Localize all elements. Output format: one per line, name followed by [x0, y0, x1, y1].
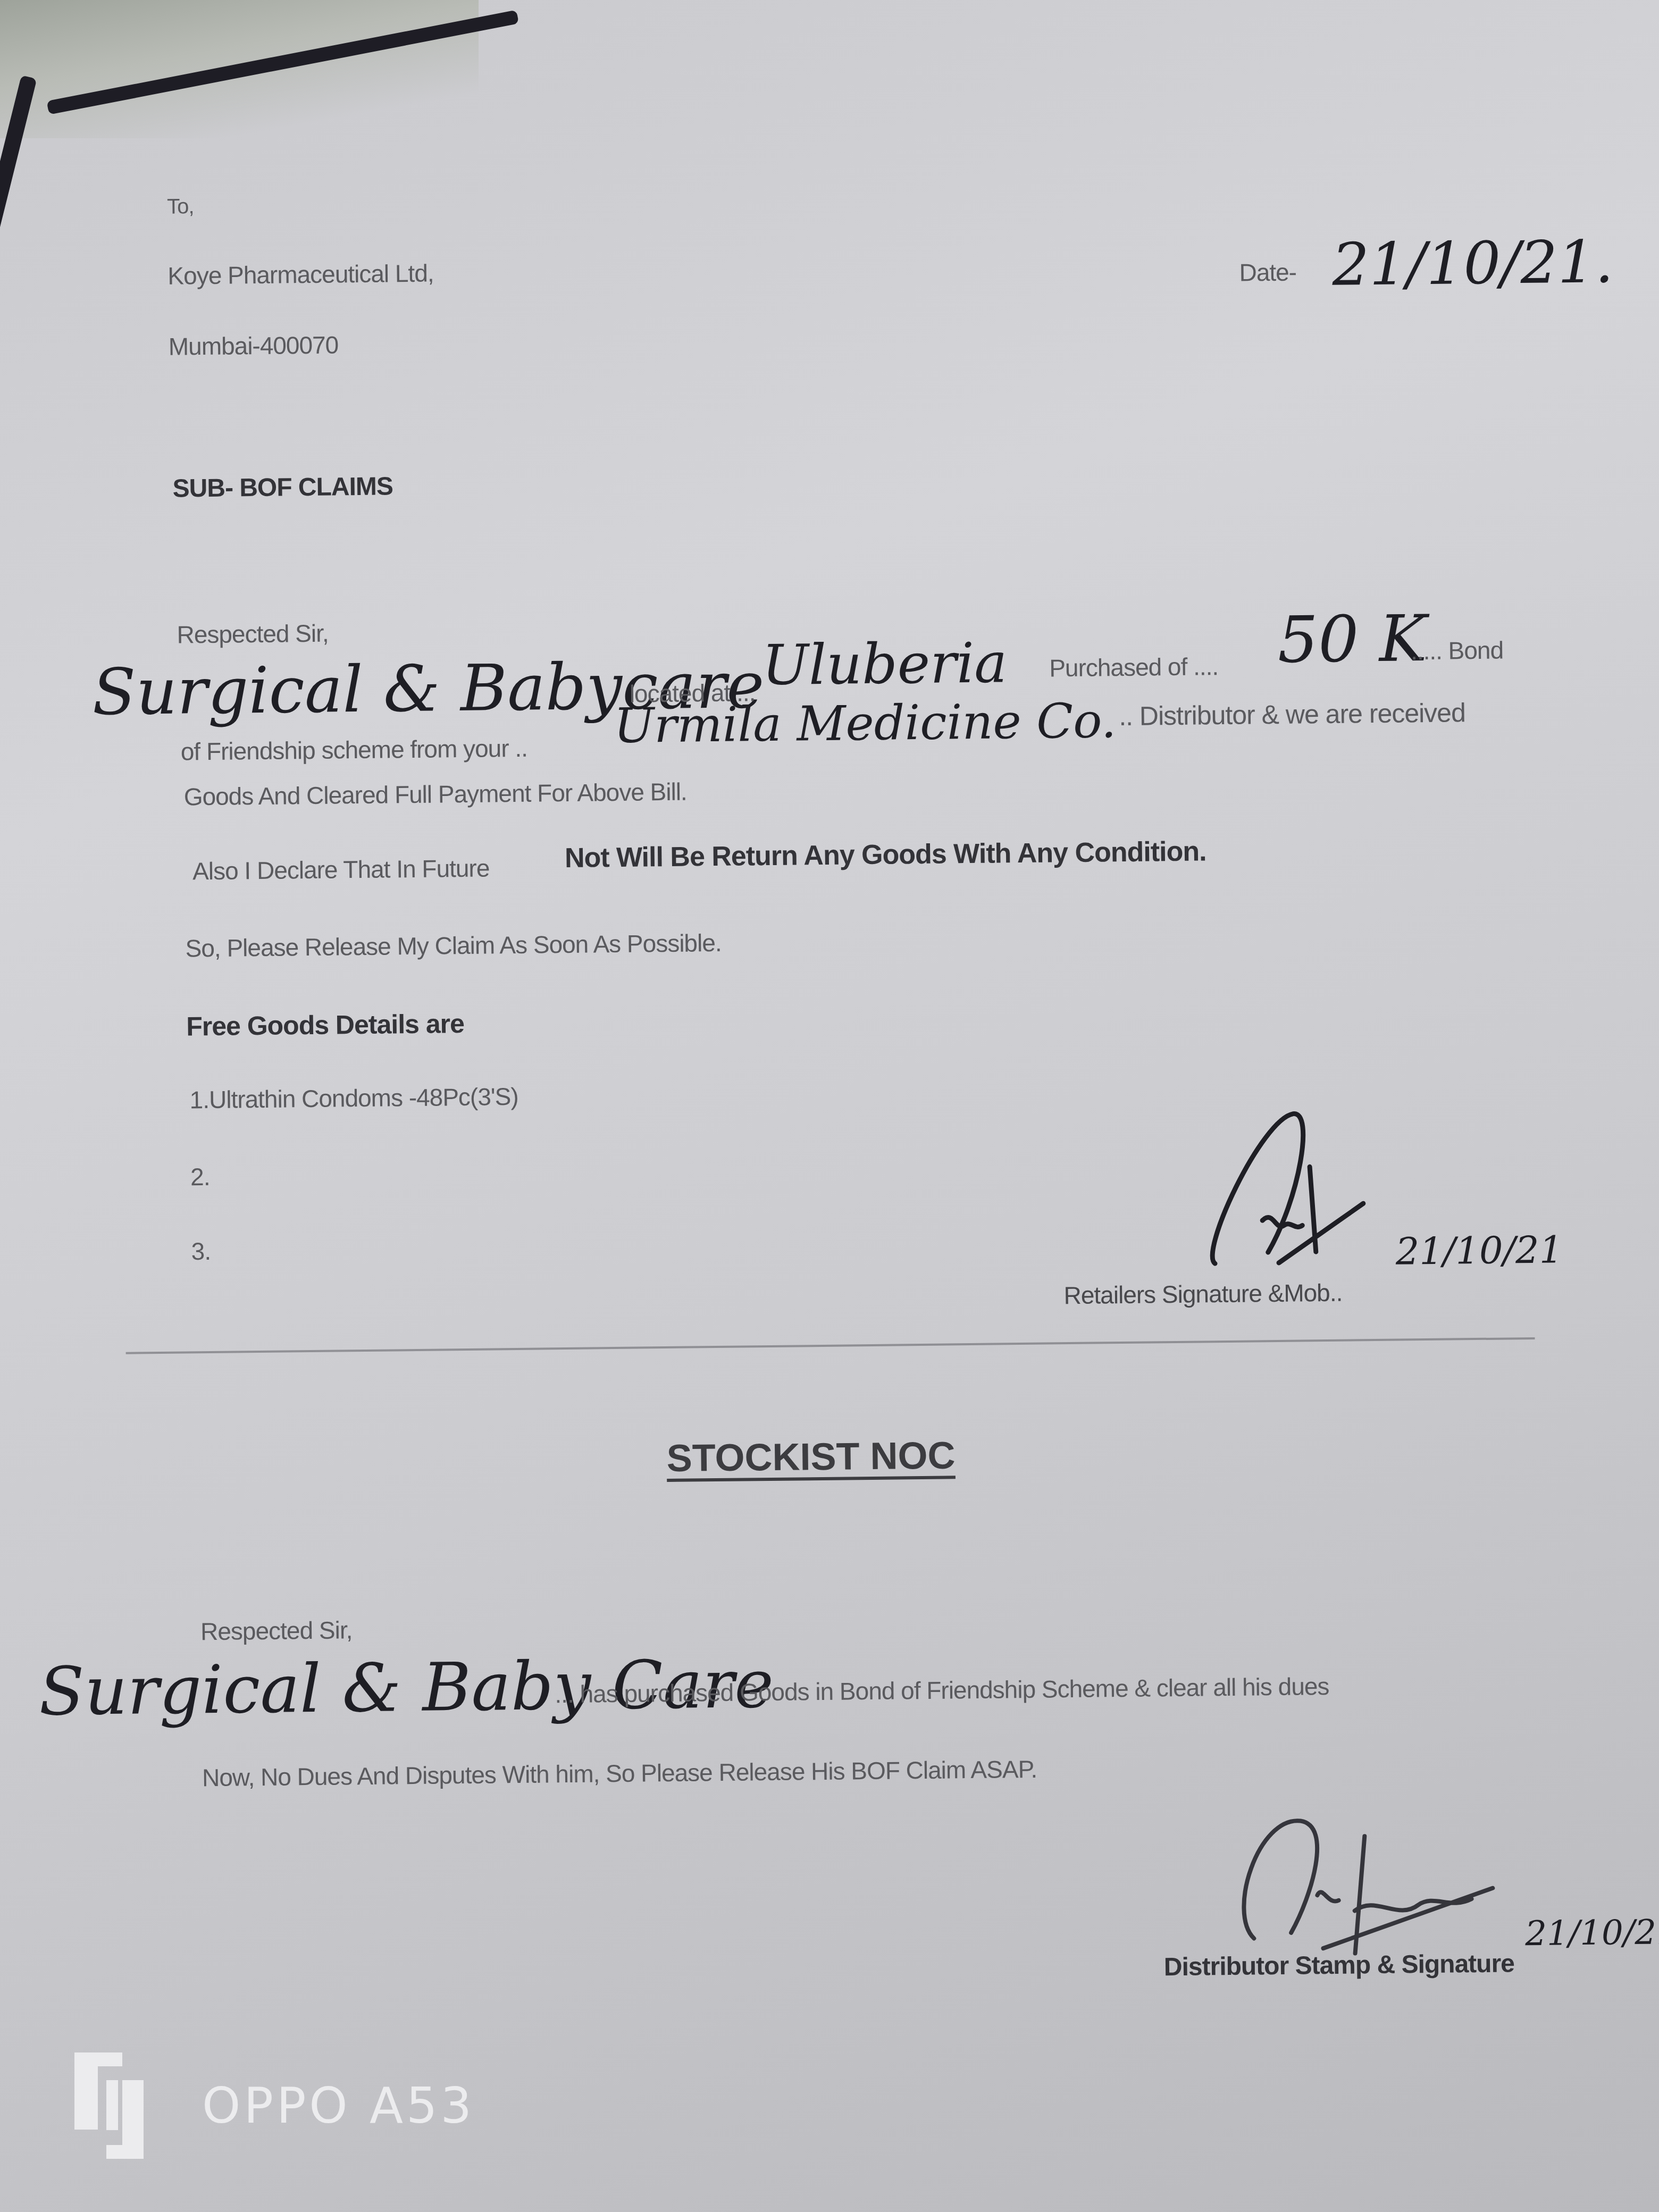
- retailer-signature-label: Retailers Signature &Mob..: [1063, 1278, 1342, 1310]
- retailer-signature: [1182, 1091, 1407, 1285]
- camera-model-text: OPPO A53: [202, 2077, 475, 2134]
- distributor-handwritten: Urmila Medicine Co.: [614, 693, 1117, 754]
- free-goods-item: 2.: [190, 1162, 210, 1191]
- friendship-label: of Friendship scheme from your ..: [181, 734, 528, 766]
- salutation: Respected Sir,: [177, 619, 329, 649]
- bof-claim-document: To, Koye Pharmaceutical Ltd, Mumbai-4000…: [0, 0, 1659, 1967]
- noc-title: STOCKIST NOC: [666, 1434, 956, 1480]
- bond-label: ..... Bond: [1411, 635, 1504, 665]
- date-handwritten: 21/10/21.: [1332, 228, 1614, 299]
- addressee-name: Koye Pharmaceutical Ltd,: [167, 258, 434, 290]
- purchased-of-label: Purchased of ....: [1049, 652, 1219, 682]
- to-label: To,: [167, 195, 194, 219]
- camera-watermark: OPPO A53: [74, 2052, 475, 2159]
- location-handwritten: Uluberia: [762, 630, 1008, 698]
- distributor-signature-date: 21/10/21: [1525, 1913, 1659, 1954]
- addressee-city: Mumbai-400070: [169, 330, 339, 361]
- oppo-logo-icon: [74, 2052, 144, 2159]
- free-goods-item: 3.: [191, 1237, 211, 1266]
- declare-prefix: Also I Declare That In Future: [192, 853, 490, 885]
- noc-no-dues-statement: Now, No Dues And Disputes With him, So P…: [202, 1755, 1037, 1792]
- goods-cleared-text: Goods And Cleared Full Payment For Above…: [183, 777, 687, 811]
- date-label: Date-: [1239, 257, 1296, 287]
- declare-bold: Not Will Be Return Any Goods With Any Co…: [565, 835, 1206, 874]
- free-goods-heading: Free Goods Details are: [186, 1008, 464, 1042]
- distributor-signature-label: Distributor Stamp & Signature: [1164, 1949, 1515, 1982]
- release-request: So, Please Release My Claim As Soon As P…: [185, 928, 721, 963]
- free-goods-item: 1.Ultrathin Condoms -48Pc(3'S): [189, 1082, 518, 1114]
- subject-line: SUB- BOF CLAIMS: [172, 472, 393, 503]
- section-divider: [126, 1337, 1535, 1354]
- distributor-signature: [1194, 1803, 1536, 1966]
- retailer-signature-date: 21/10/21: [1395, 1228, 1563, 1273]
- noc-salutation: Respected Sir,: [200, 1615, 353, 1646]
- distributor-suffix: .. Distributor & we are received: [1119, 697, 1465, 732]
- purchase-amount-handwritten: 50 K: [1277, 602, 1427, 677]
